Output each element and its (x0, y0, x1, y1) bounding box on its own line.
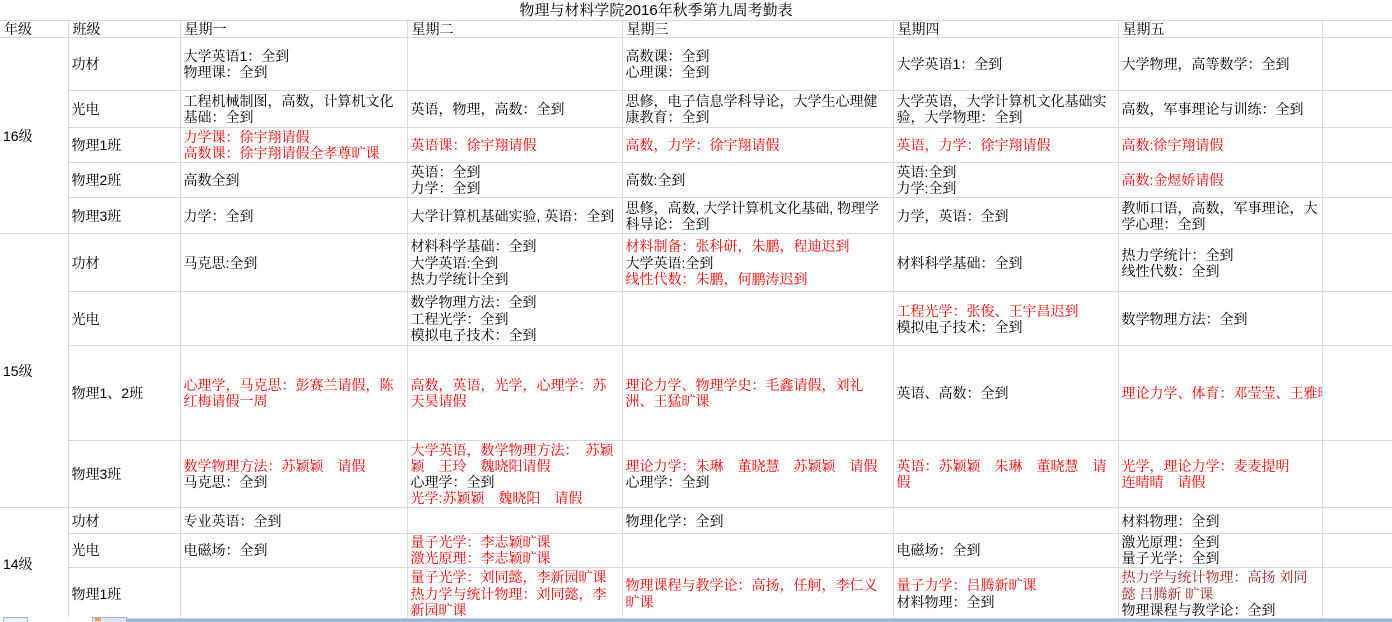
cell-g2-r0-wednesday[interactable]: 物理化学：全到 (622, 508, 893, 534)
cell-line: 高数，力学：徐宇翔请假 (626, 137, 890, 153)
cell-g1-r1-spare[interactable] (1322, 292, 1392, 346)
cell-line: 专业英语：全到 (184, 513, 404, 529)
cell-g1-r0-thursday[interactable]: 材料科学基础：全到 (893, 234, 1118, 292)
table-row: 物理2班高数全到英语：全到力学：全到高数:全到英语:全到力学:全到高数:金煜娇请… (0, 163, 1392, 198)
table-row: 光电工程机械制图，高数，计算机文化基础：全到英语，物理，高数：全到思修，电子信息… (0, 91, 1392, 128)
cell-line: 大学计算机基础实验, 英语：全到 (411, 208, 619, 224)
cell-g0-r2-monday[interactable]: 力学课：徐宇翔请假高数课：徐宇翔请假全孝尊旷课 (180, 128, 407, 163)
cell-line: 心理课：全到 (626, 64, 890, 80)
table-row: 15级功材马克思:全到材料科学基础：全到大学英语:全到热力学统计全到材料制备：张… (0, 234, 1392, 292)
cell-g0-r3-thursday[interactable]: 英语:全到力学:全到 (893, 163, 1118, 198)
cell-g0-r1-monday[interactable]: 工程机械制图，高数，计算机文化基础：全到 (180, 91, 407, 128)
cell-line: 力学，英语：全到 (897, 208, 1115, 224)
cell-line: 大学英语，大学计算机文化基础实验，大学物理：全到 (897, 93, 1115, 125)
cell-g0-r1-spare[interactable] (1322, 91, 1392, 128)
sheet-tab-left[interactable] (3, 617, 28, 622)
cell-line: 大学英语:全到 (626, 255, 890, 271)
cell-line: 工程光学：全到 (411, 311, 619, 327)
cell-g0-r3-tuesday[interactable]: 英语：全到力学：全到 (407, 163, 622, 198)
class-cell-g2-r1[interactable]: 光电 (68, 534, 180, 567)
cell-line: 数学物理方法：全到 (1122, 311, 1319, 327)
cell-g2-r1-thursday[interactable]: 电磁场：全到 (893, 534, 1118, 567)
cell-g0-r4-thursday[interactable]: 力学，英语：全到 (893, 198, 1118, 234)
table-row: 14级功材专业英语：全到物理化学：全到材料物理：全到 (0, 508, 1392, 534)
cell-g0-r0-wednesday[interactable]: 高数课：全到心理课：全到 (622, 38, 893, 91)
cell-g2-r0-spare[interactable] (1322, 508, 1392, 534)
grade-cell-g1[interactable]: 15级 (0, 234, 68, 508)
cell-line: 心理学：全到 (626, 474, 890, 490)
header-friday[interactable]: 星期五 (1118, 21, 1322, 38)
cell-line: 高数:全到 (626, 172, 890, 188)
cell-line: 高数课：全到 (626, 48, 890, 64)
cell-g0-r4-tuesday[interactable]: 大学计算机基础实验, 英语：全到 (407, 198, 622, 234)
class-cell-g0-r4[interactable]: 物理3班 (68, 198, 180, 234)
cell-g1-r3-monday[interactable]: 数学物理方法：苏颖颖 请假马克思：全到 (180, 441, 407, 508)
attendance-table: 年级班级星期一星期二星期三星期四星期五16级功材大学英语1：全到物理课：全到高数… (0, 21, 1392, 621)
sheet-title: 物理与材料学院2016年秋季第九周考勤表 (0, 0, 1392, 21)
table-row: 16级功材大学英语1：全到物理课：全到高数课：全到心理课：全到大学英语1：全到大… (0, 38, 1392, 91)
cell-line: 数学物理方法：全到 (411, 294, 619, 310)
sheet-tab-bar (0, 617, 1392, 622)
cell-g1-r2-thursday[interactable]: 英语、高数：全到 (893, 346, 1118, 441)
grade-cell-g2[interactable]: 14级 (0, 508, 68, 620)
cell-line: 理论力学、体育：邓莹莹、王雅昕请假 (1122, 385, 1319, 401)
cell-g0-r0-tuesday[interactable] (407, 38, 622, 91)
cell-g0-r2-thursday[interactable]: 英语，力学：徐宇翔请假 (893, 128, 1118, 163)
cell-line: 英语:全到 (897, 164, 1115, 180)
cell-line: 物理课程与教学论：全到 (1122, 602, 1319, 618)
cell-line: 材料物理：全到 (897, 594, 1115, 610)
cell-g2-r0-thursday[interactable] (893, 508, 1118, 534)
cell-g0-r4-friday[interactable]: 教师口语，高数，军事理论，大学心理：全到 (1118, 198, 1322, 234)
cell-line: 材料制备：张科研，朱鹏，程迪迟到 (626, 238, 890, 254)
cell-g2-r2-spare[interactable] (1322, 567, 1392, 620)
cell-line: 线性代数：朱鹏，何鹏涛迟到 (626, 271, 890, 287)
header-class[interactable]: 班级 (68, 21, 180, 38)
cell-g1-r3-wednesday[interactable]: 理论力学：朱琳 董晓慧 苏颖颖 请假心理学：全到 (622, 441, 893, 508)
cell-line: 力学课：徐宇翔请假 (184, 129, 404, 145)
cell-g0-r1-thursday[interactable]: 大学英语，大学计算机文化基础实验，大学物理：全到 (893, 91, 1118, 128)
table-row: 物理1班量子光学：刘同懿，李新园旷课热力学与统计物理：刘同懿，李新园旷课物理课程… (0, 567, 1392, 620)
cell-g1-r0-tuesday[interactable]: 材料科学基础：全到大学英语:全到热力学统计全到 (407, 234, 622, 292)
cell-g1-r3-spare[interactable] (1322, 441, 1392, 508)
cell-line: 光学，理论力学：麦麦提明 (1122, 458, 1319, 474)
cell-line: 教师口语，高数，军事理论，大学心理：全到 (1122, 200, 1319, 232)
cell-line: 大学英语1：全到 (897, 56, 1115, 72)
cell-line: 思修，电子信息学科导论，大学生心理健康教育：全到 (626, 93, 890, 125)
cell-line: 电磁场：全到 (897, 542, 1115, 558)
cell-g1-r2-wednesday[interactable]: 理论力学、物理学史：毛鑫请假，刘礼洲、王猛旷课 (622, 346, 893, 441)
cell-line: 工程光学：张俊、王宇昌迟到 (897, 303, 1115, 319)
cell-line: 热力学统计全到 (411, 271, 619, 287)
header-monday[interactable]: 星期一 (180, 21, 407, 38)
cell-line: 物理化学：全到 (626, 513, 890, 529)
cell-line: 大学英语1：全到 (184, 48, 404, 64)
class-cell-g0-r0[interactable]: 功材 (68, 38, 180, 91)
cell-line: 英语、高数：全到 (897, 385, 1115, 401)
cell-line: 高数:金煜娇请假 (1122, 172, 1319, 188)
cell-line: 高数，英语，光学，心理学：苏天昊请假 (411, 377, 619, 409)
class-cell-g2-r0[interactable]: 功材 (68, 508, 180, 534)
cell-line: 量子力学：吕腾新旷课 (897, 577, 1115, 593)
cell-g2-r0-friday[interactable]: 材料物理：全到 (1118, 508, 1322, 534)
cell-line: 物理课：全到 (184, 64, 404, 80)
cell-g1-r2-friday[interactable]: 理论力学、体育：邓莹莹、王雅昕请假 (1118, 346, 1322, 441)
table-row: 物理1、2班心理学，马克思：彭赛兰请假，陈红梅请假一周高数，英语，光学，心理学：… (0, 346, 1392, 441)
sheet-tab-icon (95, 618, 101, 621)
cell-g0-r4-monday[interactable]: 力学：全到 (180, 198, 407, 234)
cell-g0-r0-monday[interactable]: 大学英语1：全到物理课：全到 (180, 38, 407, 91)
header-thursday[interactable]: 星期四 (893, 21, 1118, 38)
header-wednesday[interactable]: 星期三 (622, 21, 893, 38)
cell-line: 高数，军事理论与训练：全到 (1122, 101, 1319, 117)
cell-g2-r1-tuesday[interactable]: 量子光学：李志颖旷课激光原理：李志颖旷课 (407, 534, 622, 567)
cell-line: 英语：苏颖颖 朱琳 董晓慧 请假 (897, 458, 1115, 490)
cell-line: 材料科学基础：全到 (411, 238, 619, 254)
cell-g2-r0-tuesday[interactable] (407, 508, 622, 534)
cell-line: 理论力学、物理学史：毛鑫请假，刘礼洲、王猛旷课 (626, 377, 890, 409)
cell-g1-r0-spare[interactable] (1322, 234, 1392, 292)
cell-line: 电磁场：全到 (184, 542, 404, 558)
cell-line: 英语，物理，高数：全到 (411, 101, 619, 117)
class-cell-g1-r1[interactable]: 光电 (68, 292, 180, 346)
cell-g2-r0-monday[interactable]: 专业英语：全到 (180, 508, 407, 534)
class-cell-g1-r2[interactable]: 物理1、2班 (68, 346, 180, 441)
cell-g0-r4-wednesday[interactable]: 思修，高数, 大学计算机文化基础, 物理学科导论：全到 (622, 198, 893, 234)
cell-g2-r1-spare[interactable] (1322, 534, 1392, 567)
header-grade[interactable]: 年级 (0, 21, 68, 38)
cell-g1-r0-friday[interactable]: 热力学统计：全到线性代数：全到 (1118, 234, 1322, 292)
cell-g1-r0-wednesday[interactable]: 材料制备：张科研，朱鹏，程迪迟到大学英语:全到线性代数：朱鹏，何鹏涛迟到 (622, 234, 893, 292)
cell-g1-r3-friday[interactable]: 光学，理论力学：麦麦提明连晴晴 请假 (1118, 441, 1322, 508)
horizontal-scrollbar[interactable] (127, 618, 1392, 622)
cell-line: 力学：全到 (184, 208, 404, 224)
cell-line: 热力学与统计物理：高扬 刘同懿 吕腾新 旷课 (1122, 569, 1319, 601)
class-cell-g1-r0[interactable]: 功材 (68, 234, 180, 292)
cell-line: 大学英语，数学物理方法： 苏颖颖 王玲 魏晓阳请假 (411, 442, 619, 474)
cell-g2-r2-wednesday[interactable]: 物理课程与教学论：高扬，任舸，李仁义旷课 (622, 567, 893, 620)
cell-line: 数学物理方法：苏颖颖 请假 (184, 458, 404, 474)
table-row: 物理1班力学课：徐宇翔请假高数课：徐宇翔请假全孝尊旷课英语课：徐宇翔请假高数，力… (0, 128, 1392, 163)
cell-line: 高数:徐宇翔请假 (1122, 137, 1319, 153)
cell-g2-r2-tuesday[interactable]: 量子光学：刘同懿，李新园旷课热力学与统计物理：刘同懿，李新园旷课 (407, 567, 622, 620)
header-spare[interactable] (1322, 21, 1392, 38)
cell-g0-r2-friday[interactable]: 高数:徐宇翔请假 (1118, 128, 1322, 163)
grade-cell-g0[interactable]: 16级 (0, 38, 68, 234)
cell-line: 英语，力学：徐宇翔请假 (897, 137, 1115, 153)
cell-g2-r1-monday[interactable]: 电磁场：全到 (180, 534, 407, 567)
cell-g0-r0-spare[interactable] (1322, 38, 1392, 91)
cell-g0-r2-tuesday[interactable]: 英语课：徐宇翔请假 (407, 128, 622, 163)
cell-g0-r1-friday[interactable]: 高数，军事理论与训练：全到 (1118, 91, 1322, 128)
cell-g0-r2-spare[interactable] (1322, 128, 1392, 163)
cell-line: 英语：全到 (411, 164, 619, 180)
table-row: 光电电磁场：全到量子光学：李志颖旷课激光原理：李志颖旷课电磁场：全到激光原理：全… (0, 534, 1392, 567)
cell-g2-r2-friday[interactable]: 热力学与统计物理：高扬 刘同懿 吕腾新 旷课物理课程与教学论：全到 (1118, 567, 1322, 620)
cell-g0-r1-tuesday[interactable]: 英语，物理，高数：全到 (407, 91, 622, 128)
cell-g1-r2-spare[interactable] (1322, 346, 1392, 441)
cell-line: 工程机械制图，高数，计算机文化基础：全到 (184, 93, 404, 125)
cell-line: 大学英语:全到 (411, 255, 619, 271)
cell-g1-r1-thursday[interactable]: 工程光学：张俊、王宇昌迟到模拟电子技术：全到 (893, 292, 1118, 346)
cell-g1-r3-tuesday[interactable]: 大学英语，数学物理方法： 苏颖颖 王玲 魏晓阳请假心理学：全到光学:苏颖颖 魏晓… (407, 441, 622, 508)
cell-line: 大学物理，高等数学：全到 (1122, 56, 1319, 72)
cell-line: 英语课：徐宇翔请假 (411, 137, 619, 153)
cell-g1-r1-tuesday[interactable]: 数学物理方法：全到工程光学：全到模拟电子技术：全到 (407, 292, 622, 346)
cell-line: 光学:苏颖颖 魏晓阳 请假 (411, 490, 619, 506)
cell-g0-r2-wednesday[interactable]: 高数，力学：徐宇翔请假 (622, 128, 893, 163)
cell-line: 马克思:全到 (184, 255, 404, 271)
cell-line: 量子光学：李志颖旷课 (411, 534, 619, 550)
cell-line: 材料物理：全到 (1122, 513, 1319, 529)
cell-g2-r1-wednesday[interactable] (622, 534, 893, 567)
cell-line: 热力学统计：全到 (1122, 247, 1319, 263)
header-tuesday[interactable]: 星期二 (407, 21, 622, 38)
cell-line: 模拟电子技术：全到 (897, 319, 1115, 335)
cell-g1-r2-monday[interactable]: 心理学，马克思：彭赛兰请假，陈红梅请假一周 (180, 346, 407, 441)
cell-line: 力学：全到 (411, 180, 619, 196)
cell-line: 心理学，马克思：彭赛兰请假，陈红梅请假一周 (184, 377, 404, 409)
cell-g1-r2-tuesday[interactable]: 高数，英语，光学，心理学：苏天昊请假 (407, 346, 622, 441)
cell-line: 激光原理：全到 (1122, 534, 1319, 550)
cell-g2-r2-thursday[interactable]: 量子力学：吕腾新旷课材料物理：全到 (893, 567, 1118, 620)
cell-line: 高数全到 (184, 172, 404, 188)
cell-g0-r0-friday[interactable]: 大学物理，高等数学：全到 (1118, 38, 1322, 91)
cell-g0-r3-wednesday[interactable]: 高数:全到 (622, 163, 893, 198)
cell-g0-r4-spare[interactable] (1322, 198, 1392, 234)
class-cell-g1-r3[interactable]: 物理3班 (68, 441, 180, 508)
spreadsheet-viewport: 物理与材料学院2016年秋季第九周考勤表 年级班级星期一星期二星期三星期四星期五… (0, 0, 1392, 622)
cell-g1-r1-friday[interactable]: 数学物理方法：全到 (1118, 292, 1322, 346)
cell-line: 高数课：徐宇翔请假全孝尊旷课 (184, 145, 404, 161)
class-cell-g0-r2[interactable]: 物理1班 (68, 128, 180, 163)
table-row: 光电数学物理方法：全到工程光学：全到模拟电子技术：全到工程光学：张俊、王宇昌迟到… (0, 292, 1392, 346)
class-cell-g2-r2[interactable]: 物理1班 (68, 567, 180, 620)
cell-line: 线性代数：全到 (1122, 263, 1319, 279)
cell-g0-r3-spare[interactable] (1322, 163, 1392, 198)
table-row: 物理3班力学：全到大学计算机基础实验, 英语：全到思修，高数, 大学计算机文化基… (0, 198, 1392, 234)
cell-g0-r1-wednesday[interactable]: 思修，电子信息学科导论，大学生心理健康教育：全到 (622, 91, 893, 128)
cell-line: 模拟电子技术：全到 (411, 327, 619, 343)
cell-line: 热力学与统计物理：刘同懿，李新园旷课 (411, 586, 619, 618)
cell-line: 连晴晴 请假 (1122, 474, 1319, 490)
cell-g1-r0-monday[interactable]: 马克思:全到 (180, 234, 407, 292)
class-cell-g0-r1[interactable]: 光电 (68, 91, 180, 128)
table-row: 物理3班数学物理方法：苏颖颖 请假马克思：全到大学英语，数学物理方法： 苏颖颖 … (0, 441, 1392, 508)
cell-line: 量子光学：全到 (1122, 550, 1319, 566)
cell-line: 理论力学：朱琳 董晓慧 苏颖颖 请假 (626, 458, 890, 474)
class-cell-g0-r3[interactable]: 物理2班 (68, 163, 180, 198)
cell-g1-r3-thursday[interactable]: 英语：苏颖颖 朱琳 董晓慧 请假 (893, 441, 1118, 508)
cell-g0-r0-thursday[interactable]: 大学英语1：全到 (893, 38, 1118, 91)
cell-line: 力学:全到 (897, 180, 1115, 196)
cell-g0-r3-monday[interactable]: 高数全到 (180, 163, 407, 198)
cell-g2-r1-friday[interactable]: 激光原理：全到量子光学：全到 (1118, 534, 1322, 567)
cell-g1-r1-monday[interactable] (180, 292, 407, 346)
cell-line: 材料科学基础：全到 (897, 255, 1115, 271)
cell-g2-r2-monday[interactable] (180, 567, 407, 620)
cell-line: 激光原理：李志颖旷课 (411, 550, 619, 566)
cell-line: 心理学：全到 (411, 474, 619, 490)
cell-line: 物理课程与教学论：高扬，任舸，李仁义旷课 (626, 577, 890, 609)
cell-g0-r3-friday[interactable]: 高数:金煜娇请假 (1118, 163, 1322, 198)
cell-g1-r1-wednesday[interactable] (622, 292, 893, 346)
cell-line: 量子光学：刘同懿，李新园旷课 (411, 569, 619, 585)
cell-line: 马克思：全到 (184, 474, 404, 490)
cell-line: 思修，高数, 大学计算机文化基础, 物理学科导论：全到 (626, 200, 890, 232)
